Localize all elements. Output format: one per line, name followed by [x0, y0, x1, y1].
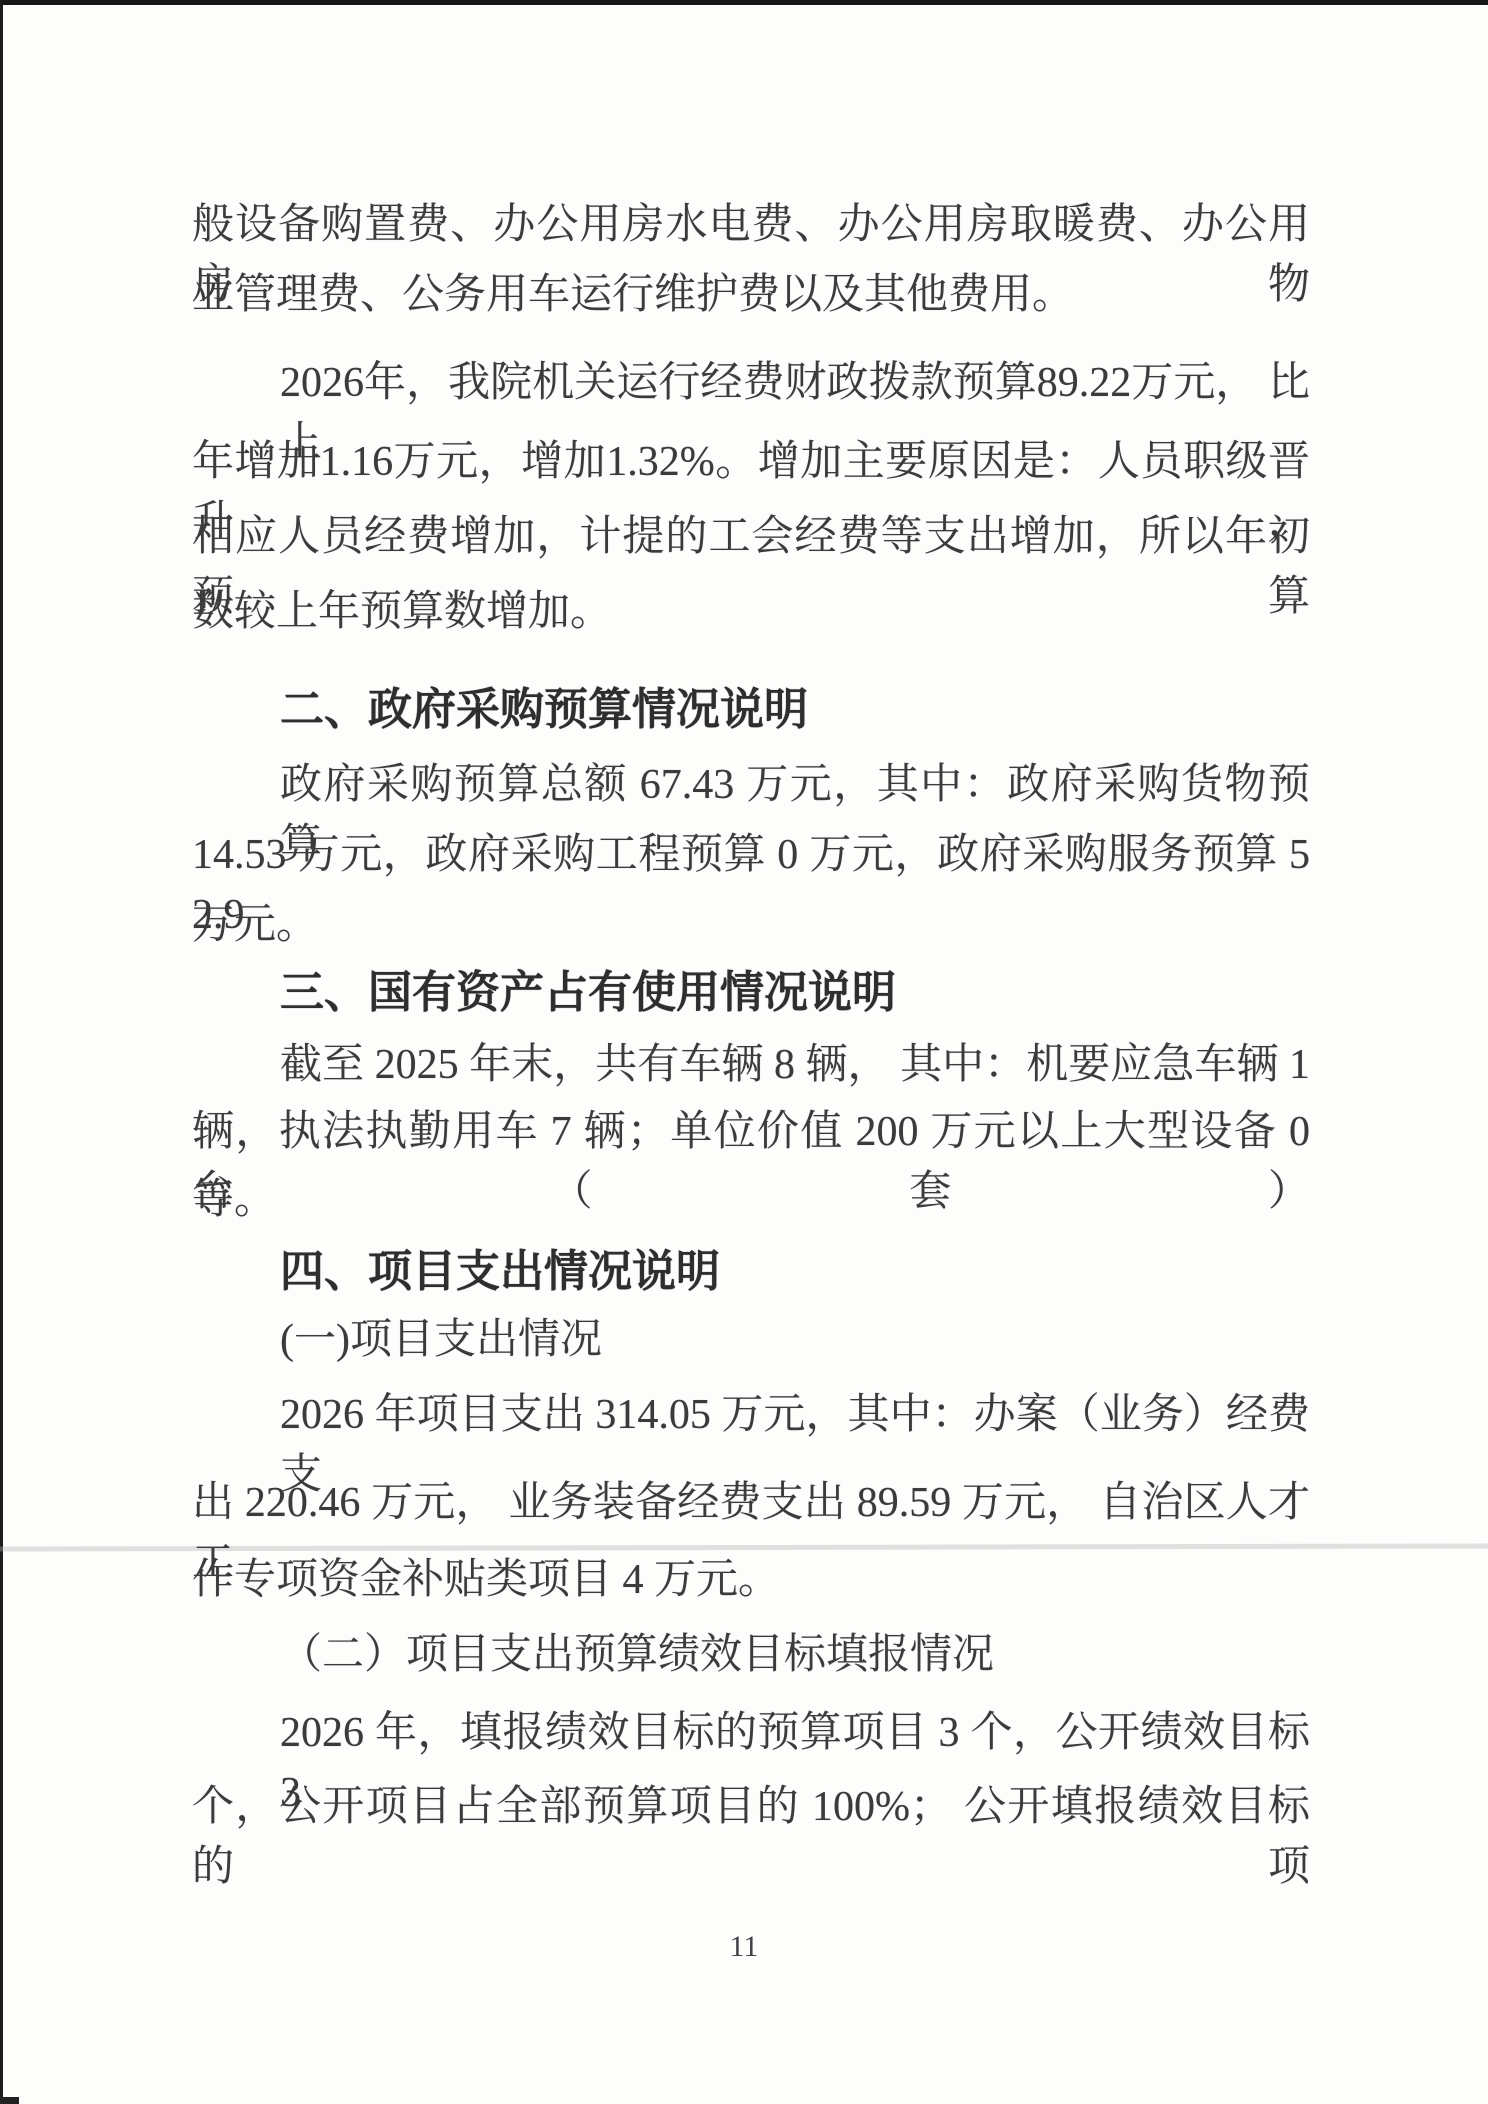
subsection-heading-1: (一)项目支出情况	[280, 1310, 602, 1372]
paragraph-first-line: 政府采购预算总额 67.43 万元，其中：政府采购货物预算	[280, 755, 1310, 817]
subsection-heading-2: （二）项目支出预算绩效目标填报情况	[280, 1625, 994, 1687]
body-line: 万元。	[192, 895, 318, 957]
section-heading-2: 二、政府采购预算情况说明	[280, 680, 808, 742]
paragraph-first-line: 截至 2025 年末，共有车辆 8 辆， 其中：机要应急车辆 1	[280, 1035, 1310, 1097]
body-line: 等。	[192, 1170, 276, 1232]
body-line: 14.53 万元，政府采购工程预算 0 万元，政府采购服务预算 52.9	[192, 825, 1310, 887]
scan-edge-left	[0, 0, 3, 2104]
body-line: 辆，执法执勤用车 7 辆；单位价值 200 万元以上大型设备 0 台（套）	[192, 1102, 1310, 1164]
body-line-continuation: 般设备购置费、办公用房水电费、办公用房取暖费、办公用房物	[192, 195, 1310, 257]
paragraph-first-line: 2026 年，填报绩效目标的预算项目 3 个，公开绩效目标 3	[280, 1703, 1310, 1765]
section-heading-4: 四、项目支出情况说明	[280, 1242, 720, 1304]
body-line: 作专项资金补贴类项目 4 万元。	[192, 1550, 780, 1612]
paragraph-first-line: 2026年，我院机关运行经费财政拨款预算89.22万元， 比上	[280, 353, 1310, 415]
body-line: 业管理费、公务用车运行维护费以及其他费用。	[192, 265, 1074, 327]
paragraph-first-line: 2026 年项目支出 314.05 万元，其中：办案（业务）经费支	[280, 1385, 1310, 1447]
body-line: 个，公开项目占全部预算项目的 100%； 公开填报绩效目标的项	[192, 1777, 1310, 1839]
scan-corner-mark	[0, 2097, 19, 2104]
body-line: 数较上年预算数增加。	[192, 582, 612, 644]
page-number: 11	[0, 1930, 1488, 1964]
document-page: 般设备购置费、办公用房水电费、办公用房取暖费、办公用房物 业管理费、公务用车运行…	[0, 0, 1488, 2104]
scan-edge-top	[0, 0, 1488, 5]
body-line: 年增加1.16万元，增加1.32%。增加主要原因是：人员职级晋升，	[192, 432, 1310, 494]
body-line: 相应人员经费增加，计提的工会经费等支出增加，所以年初预算	[192, 507, 1310, 569]
body-line: 出 220.46 万元， 业务装备经费支出 89.59 万元， 自治区人才工	[192, 1473, 1310, 1535]
section-heading-3: 三、国有资产占有使用情况说明	[280, 963, 896, 1025]
